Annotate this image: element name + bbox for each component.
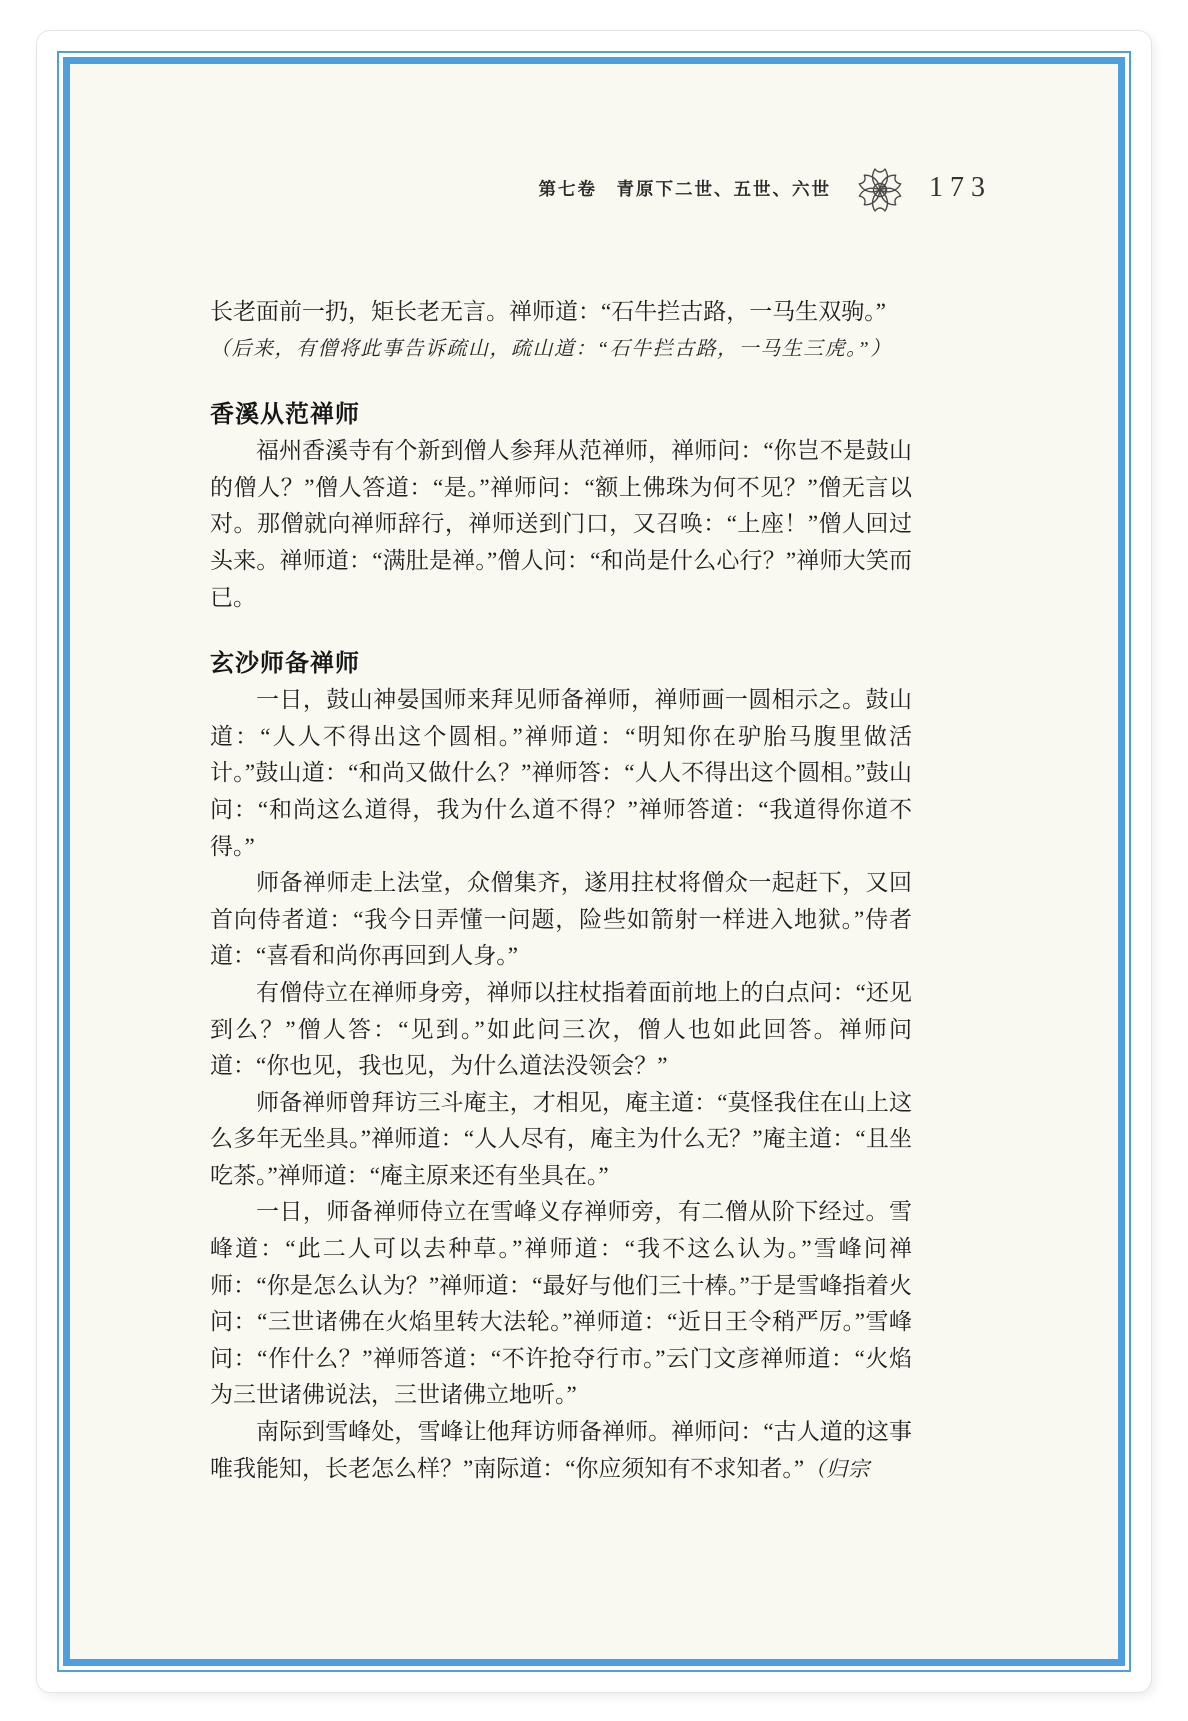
book-page-card: 第七卷 青原下二世、五世、六世 <box>36 30 1152 1693</box>
decorative-border-inner: 第七卷 青原下二世、五世、六世 <box>63 57 1125 1666</box>
paragraph-xuansha-3: 有僧侍立在禅师身旁，禅师以拄杖指着面前地上的白点问：“还见到么？”僧人答：“见到… <box>210 975 912 1085</box>
paragraph-xuansha-5: 一日，师备禅师侍立在雪峰义存禅师旁，有二僧从阶下经过。雪峰道：“此二人可以去种草… <box>210 1194 912 1414</box>
running-head: 第七卷 青原下二世、五世、六世 <box>210 164 992 212</box>
paragraph-continuation: 长老面前一扔，矩长老无言。禅师道：“石牛拦古路，一马生双驹。” <box>210 294 912 331</box>
decorative-border-outer: 第七卷 青原下二世、五世、六世 <box>57 51 1131 1672</box>
body-text: 长老面前一扔，矩长老无言。禅师道：“石牛拦古路，一马生双驹。” （后来，有僧将此… <box>210 294 912 1487</box>
section-heading-xiangxi: 香溪从范禅师 <box>210 396 912 433</box>
paragraph-xuansha-6-source-note: （归宗 <box>804 1457 870 1481</box>
note-paragraph: （后来，有僧将此事告诉疏山，疏山道：“石牛拦古路，一马生三虎。”） <box>210 331 912 368</box>
chapter-title: 第七卷 青原下二世、五世、六世 <box>539 176 832 201</box>
page-number: 173 <box>929 172 992 204</box>
section-heading-xuansha: 玄沙师备禅师 <box>210 645 912 682</box>
paragraph-xuansha-2: 师备禅师走上法堂，众僧集齐，遂用拄杖将僧众一起赶下，又回首向侍者道：“我今日弄懂… <box>210 865 912 975</box>
paragraph-xuansha-4: 师备禅师曾拜访三斗庵主，才相见，庵主道：“莫怪我住在山上这么多年无坐具。”禅师道… <box>210 1085 912 1195</box>
paragraph-xuansha-6: 南际到雪峰处，雪峰让他拜访师备禅师。禅师问：“古人道的这事唯我能知，长老怎么样？… <box>210 1414 912 1487</box>
paragraph-xiangxi: 福州香溪寺有个新到僧人参拜从范禅师，禅师问：“你岂不是鼓山的僧人？”僧人答道：“… <box>210 433 912 616</box>
paragraph-xuansha-1: 一日，鼓山神晏国师来拜见师备禅师，禅师画一圆相示之。鼓山道：“人人不得出这个圆相… <box>210 682 912 865</box>
page-content: 第七卷 青原下二世、五世、六世 <box>70 64 1118 1659</box>
lotus-ornament-icon <box>849 164 911 212</box>
